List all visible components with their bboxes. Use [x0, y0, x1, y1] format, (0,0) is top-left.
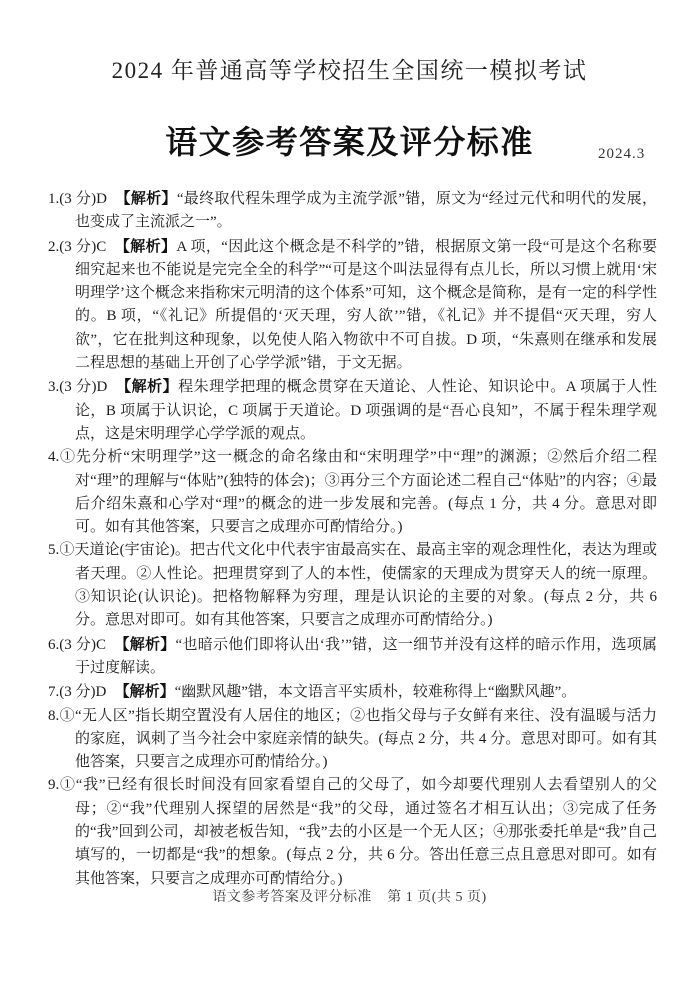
answer-score: (3 分)D [59, 191, 107, 207]
answer-score: (3 分)D [59, 379, 107, 395]
answer-item-6: 6.(3 分)C【解析】“也暗示他们即将认出‘我’”错，这一细节并没有这样的暗示… [48, 633, 657, 681]
answer-number: 3. [48, 379, 59, 395]
page-title: 语文参考答案及评分标准 [0, 117, 699, 163]
answer-text: “幽默风趣”错，本文语言平实质朴，较难称得上“幽默风趣”。 [175, 684, 577, 700]
analysis-label: 【解析】 [115, 190, 177, 207]
exam-title: 2024 年普通高等学校招生全国统一模拟考试 [0, 52, 699, 85]
analysis-label: 【解析】 [115, 238, 177, 255]
answer-item-9: 9.①“我”已经有很长时间没有回家看望自己的父母了，如今却要代理别人去看望别人的… [48, 774, 657, 890]
answer-number: 6. [48, 637, 59, 653]
answer-number: 2. [48, 239, 59, 255]
answer-item-3: 3.(3 分)D【解析】程朱理学把理的概念贯穿在天道论、人性论、知识论中。A 项… [48, 375, 657, 446]
answer-number: 5. [48, 542, 59, 558]
page-footer: 语文参考答案及评分标准第 1 页(共 5 页) [0, 886, 699, 906]
answer-number: 4. [48, 449, 59, 465]
footer-doc-title: 语文参考答案及评分标准 [212, 890, 372, 905]
answer-number: 8. [48, 708, 59, 724]
answer-score: (3 分)C [59, 637, 106, 653]
doc-date: 2024.3 [598, 146, 645, 163]
footer-page-number: 第 1 页(共 5 页) [387, 890, 486, 905]
answer-text: A 项，“因此这个概念是不科学的”错，根据原文第一段“可是这个名称要细究起来也不… [75, 239, 657, 371]
answer-number: 9. [48, 777, 59, 793]
answer-text: ①天道论(宇宙论)。把古代文化中代表宇宙最高实在、最高主宰的观念理性化，表达为理… [59, 542, 657, 628]
answer-item-4: 4.①先分析“宋明理学”这一概念的命名缘由和“宋明理学”中“理”的渊源；②然后介… [48, 446, 657, 539]
answer-score: (3 分)D [59, 684, 106, 700]
analysis-label: 【解析】 [114, 636, 175, 653]
answer-item-7: 7.(3 分)D【解析】“幽默风趣”错，本文语言平实质朴，较难称得上“幽默风趣”… [48, 680, 657, 704]
answer-number: 7. [48, 684, 59, 700]
answer-text: ①先分析“宋明理学”这一概念的命名缘由和“宋明理学”中“理”的渊源；②然后介绍二… [59, 449, 657, 535]
answer-score: (3 分)C [59, 239, 106, 255]
answer-item-1: 1.(3 分)D【解析】“最终取代程朱理学成为主流学派”错，原文为“经过元代和明… [48, 187, 657, 235]
answer-text: ①“我”已经有很长时间没有回家看望自己的父母了，如今却要代理别人去看望别人的父母… [59, 777, 657, 886]
answer-item-8: 8.①“无人区”指长期空置没有人居住的地区；②也指父母与子女鲜有来往、没有温暖与… [48, 705, 657, 775]
answer-item-5: 5.①天道论(宇宙论)。把古代文化中代表宇宙最高实在、最高主宰的观念理性化，表达… [48, 539, 657, 632]
answer-item-2: 2.(3 分)C【解析】A 项，“因此这个概念是不科学的”错，根据原文第一段“可… [48, 235, 657, 376]
answer-text: ①“无人区”指长期空置没有人居住的地区；②也指父母与子女鲜有来往、没有温暖与活力… [59, 708, 657, 771]
analysis-label: 【解析】 [115, 683, 175, 700]
answer-number: 1. [48, 191, 59, 207]
answers-list: 1.(3 分)D【解析】“最终取代程朱理学成为主流学派”错，原文为“经过元代和明… [48, 187, 657, 891]
analysis-label: 【解析】 [116, 378, 179, 395]
answer-key-page: 2024 年普通高等学校招生全国统一模拟考试 语文参考答案及评分标准 2024.… [0, 0, 699, 983]
